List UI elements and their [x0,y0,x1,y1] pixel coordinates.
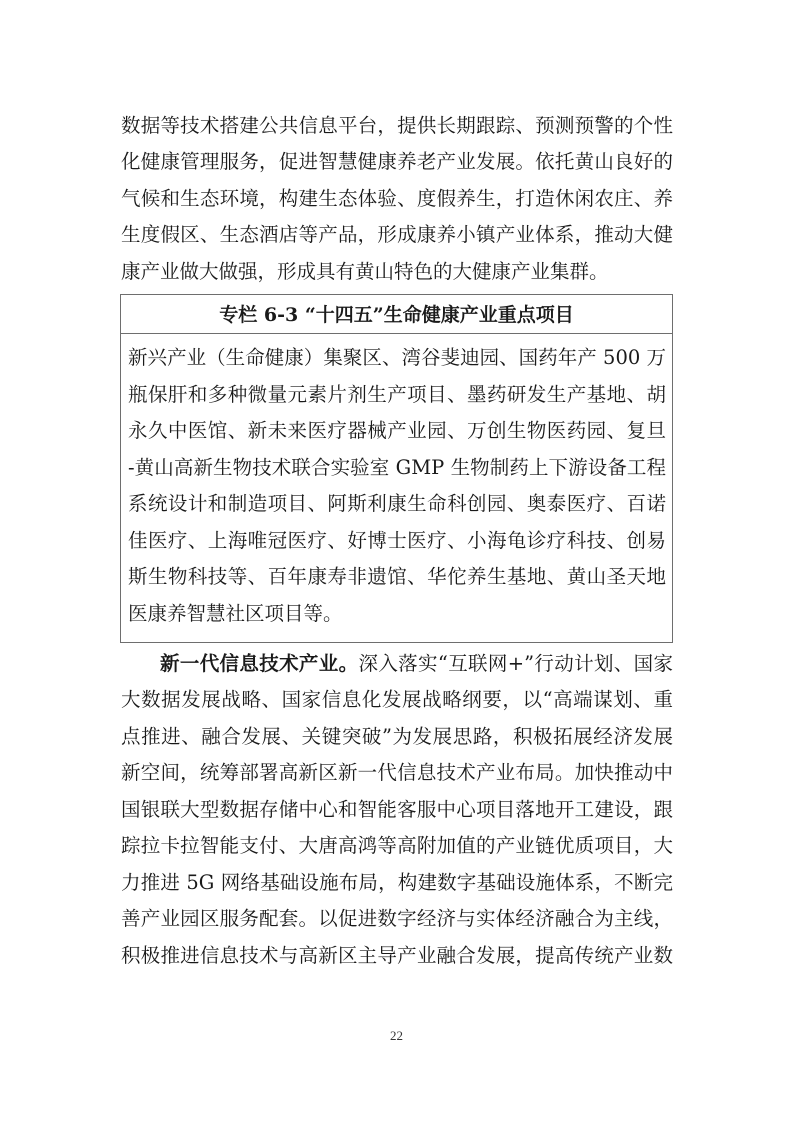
text-line: 新空间，统筹部署高新区新一代信息技术产业布局。加快推动中 [121,761,673,785]
text-line: 气候和生态环境，构建生态体验、度假养生，打造休闲农庄、养 [121,187,673,211]
text-line: 数据等技术搭建公共信息平台，提供长期跟踪、预测预警的个性 [121,114,673,138]
text-line: 化健康管理服务，促进智慧健康养老产业发展。依托黄山良好的 [121,150,673,174]
text-line-first: 新一代信息技术产业。深入落实“互联网+”行动计划、国家 [160,652,673,676]
text-line: 大数据发展战略、国家信息化发展战略纲要，以“高端谋划、重 [121,688,673,712]
box-text-line: 新兴产业（生命健康）集聚区、湾谷斐迪园、国药年产 500 万 [128,346,666,370]
box-text-line: -黄山高新生物技术联合实验室 GMP 生物制药上下游设备工程 [128,456,666,480]
box-text-line: 斯生物科技等、百年康寿非遗馆、华佗养生基地、黄山圣天地 [128,565,666,589]
page-number: 22 [0,1028,793,1044]
text-span: 深入落实“互联网+”行动计划、国家 [358,652,673,675]
section-heading: 新一代信息技术产业。 [160,652,358,675]
text-line: 踪拉卡拉智能支付、大唐高鸿等高附加值的产业链优质项目，大 [121,834,673,858]
project-column-box: 专栏 6-3 “十四五”生命健康产业重点项目 新兴产业（生命健康）集聚区、湾谷斐… [120,294,673,643]
box-text-line: 永久中医馆、新未来医疗器械产业园、万创生物医药园、复旦 [128,419,666,443]
text-line: 生度假区、生态酒店等产品，形成康养小镇产业体系，推动大健 [121,223,673,247]
text-line: 国银联大型数据存储中心和智能客服中心项目落地开工建设，跟 [121,798,673,822]
box-text-line: 系统设计和制造项目、阿斯利康生命科创园、奥泰医疗、百诺 [128,492,666,516]
box-title: 专栏 6-3 “十四五”生命健康产业重点项目 [121,303,672,327]
text-line: 点推进、融合发展、关键突破”为发展思路，积极拓展经济发展 [121,725,673,749]
text-line: 康产业做大做强，形成具有黄山特色的大健康产业集群。 [121,260,673,284]
text-line: 积极推进信息技术与高新区主导产业融合发展，提高传统产业数 [121,944,673,968]
text-line: 力推进 5G 网络基础设施布局，构建数字基础设施体系，不断完 [121,871,673,895]
text-line: 善产业园区服务配套。以促进数字经济与实体经济融合为主线， [121,907,673,931]
box-title-row: 专栏 6-3 “十四五”生命健康产业重点项目 [121,295,672,334]
box-text-line: 佳医疗、上海唯冠医疗、好博士医疗、小海龟诊疗科技、创易 [128,529,666,553]
box-text-line: 医康养智慧社区项目等。 [128,602,666,626]
box-text-line: 瓶保肝和多种微量元素片剂生产项目、墨药研发生产基地、胡 [128,383,666,407]
